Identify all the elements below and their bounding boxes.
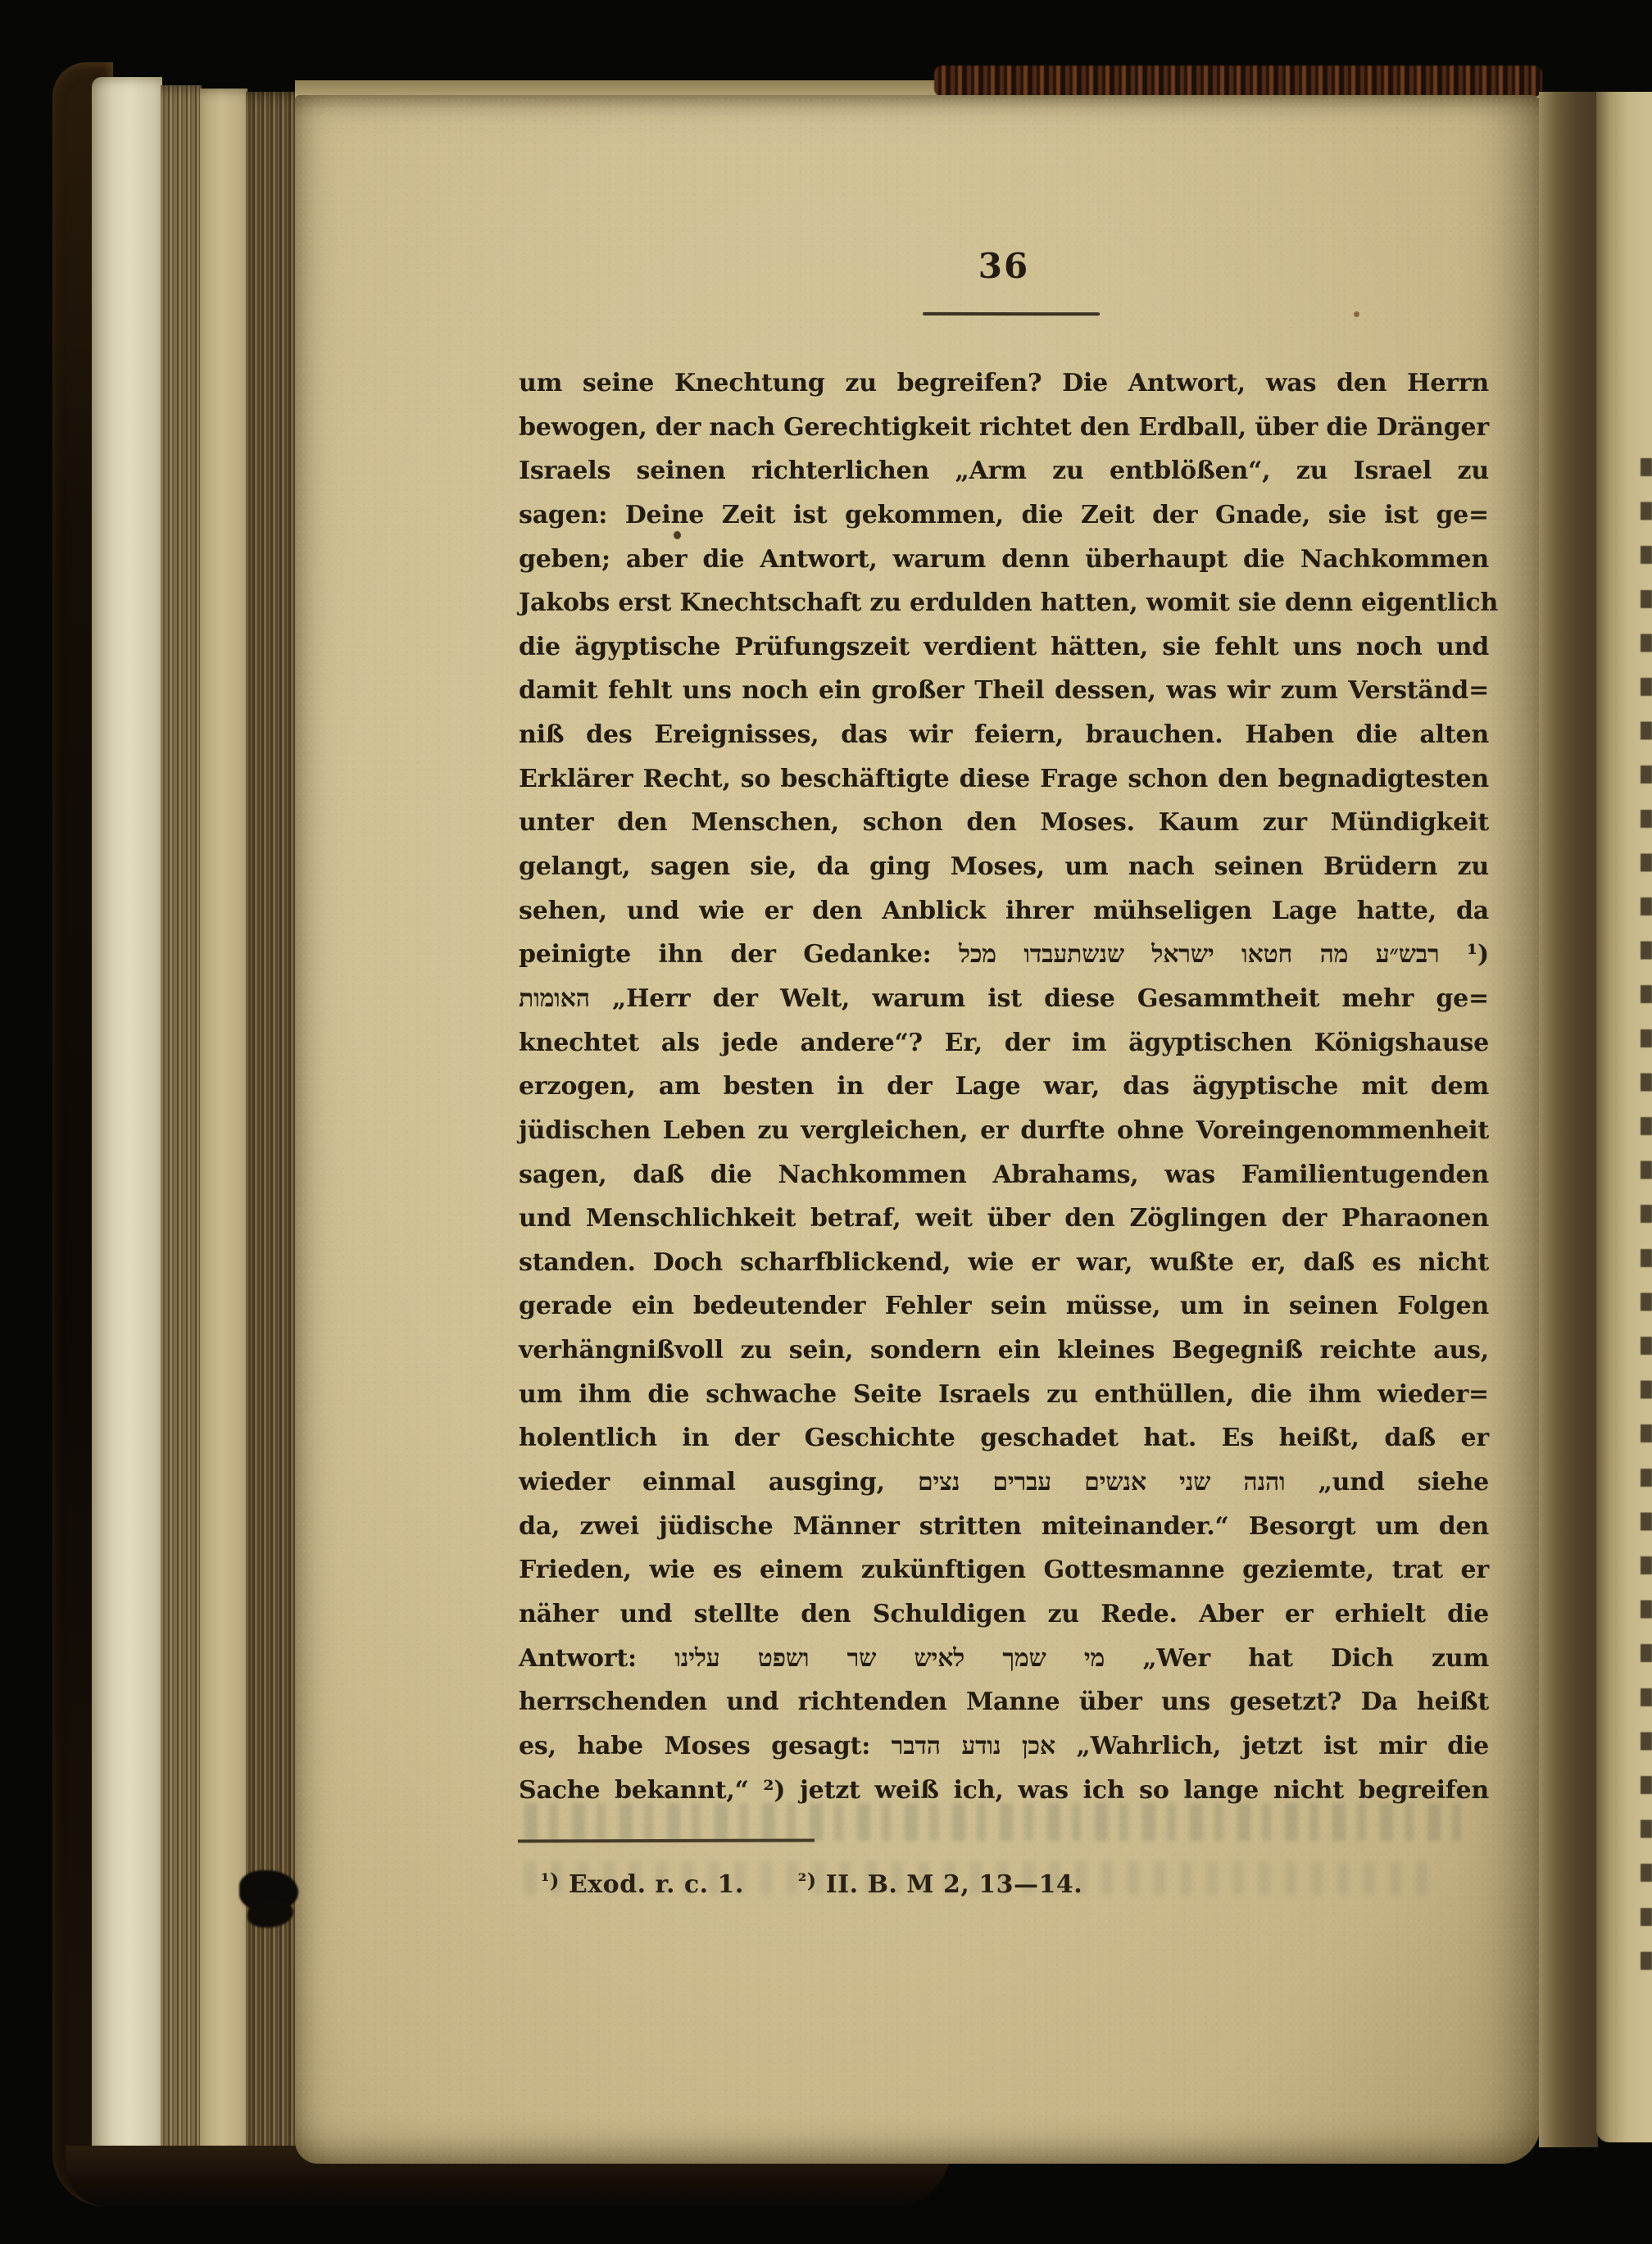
- text-line-with-hebrew: Antwort: מי שמך לאיש שר ושפט עלינו‎ „Wer…: [519, 1637, 1489, 1681]
- page-number: 36: [519, 246, 1489, 286]
- stacked-page-edges-left: [161, 85, 202, 2177]
- page-edge-tan-strip: [200, 89, 247, 2175]
- text-line: da, zwei jüdische Männer stritten mitein…: [519, 1505, 1489, 1549]
- text-line: verhängnißvoll zu sein, sondern ein klei…: [519, 1329, 1489, 1373]
- text-line: unter den Menschen, schon den Moses. Kau…: [519, 801, 1489, 845]
- paper-speck: [1354, 311, 1359, 317]
- footnote-marker: ²): [798, 1869, 817, 1892]
- text-line: holentlich in der Geschichte geschadet h…: [519, 1416, 1489, 1460]
- footnote-marker: ¹): [541, 1869, 560, 1892]
- text-line: Jakobs erst Knechtschaft zu erdulden hat…: [519, 581, 1489, 625]
- text-line: bewogen, der nach Gerechtigkeit richtet …: [519, 406, 1489, 450]
- stacked-page-edges-inner: [246, 92, 297, 2174]
- flyleaf-page-edge: [92, 77, 162, 2185]
- footnote-text: II. B. M 2, 13—14.: [826, 1870, 1083, 1899]
- facing-page-text-fragments: [1641, 444, 1652, 1985]
- text-line: sehen, und wie er den Anblick ihrer mühs…: [519, 889, 1489, 933]
- text-line-with-hebrew: es, habe Moses gesagt: אכן נודע הדבר‎ „W…: [519, 1724, 1489, 1769]
- text-line: näher und stellte den Schuldigen zu Rede…: [519, 1592, 1489, 1637]
- text-line: um seine Knechtung zu begreifen? Die Ant…: [519, 361, 1489, 406]
- footnote-text: Exod. r. c. 1.: [569, 1870, 744, 1899]
- text-line: jüdischen Leben zu vergleichen, er durft…: [519, 1109, 1489, 1153]
- footnote-line: ¹) Exod. r. c. 1. ²) II. B. M 2, 13—14.: [541, 1869, 1360, 1899]
- text-line: Israels seinen richterlichen „Arm zu ent…: [519, 449, 1489, 493]
- body-text-block: um seine Knechtung zu begreifen? Die Ant…: [519, 361, 1489, 1812]
- text-line: knechtet als jede andere“? Er, der im äg…: [519, 1021, 1489, 1065]
- book-photo: { "page": { "number": "36", "lines": [ "…: [0, 0, 1652, 2244]
- text-line: die ägyptische Prüfungszeit verdient hät…: [519, 625, 1489, 670]
- text-line: gelangt, sagen sie, da ging Moses, um na…: [519, 845, 1489, 889]
- gutter-shadow: [1539, 92, 1598, 2147]
- text-line: Erklärer Recht, so beschäftigte diese Fr…: [519, 757, 1489, 802]
- text-line: sagen: Deine Zeit ist gekommen, die Zeit…: [519, 493, 1489, 538]
- text-line-with-hebrew: wieder einmal ausging, והנה שני אנשים עב…: [519, 1460, 1489, 1505]
- text-line: um ihm die schwache Seite Israels zu ent…: [519, 1373, 1489, 1417]
- text-line-with-hebrew: האומות‎ „Herr der Welt, warum ist diese …: [519, 977, 1489, 1021]
- page-number-rule: [923, 312, 1100, 316]
- paper-speck: [674, 531, 681, 539]
- bleed-through-text-ghost: [524, 1803, 1467, 1841]
- text-line-with-hebrew: peinigte ihn der Gedanke: רבש״ע מה חטאו …: [519, 933, 1489, 977]
- facing-page-sliver: [1596, 92, 1652, 2142]
- text-line: gerade ein bedeutender Fehler sein müsse…: [519, 1284, 1489, 1329]
- text-line: niß des Ereignisses, das wir feiern, bra…: [519, 713, 1489, 757]
- text-line: und Menschlichkeit betraf, weit über den…: [519, 1197, 1489, 1241]
- text-line: geben; aber die Antwort, warum denn über…: [519, 538, 1489, 582]
- text-line: damit fehlt uns noch ein großer Theil de…: [519, 669, 1489, 713]
- sprinkled-top-edge: [934, 66, 1542, 97]
- text-line: Frieden, wie es einem zukünftigen Gottes…: [519, 1548, 1489, 1592]
- text-line: erzogen, am besten in der Lage war, das …: [519, 1065, 1489, 1109]
- text-line: herrschenden und richtenden Manne über u…: [519, 1680, 1489, 1724]
- text-line: sagen, daß die Nachkommen Abrahams, was …: [519, 1153, 1489, 1197]
- text-line: standen. Doch scharfblickend, wie er war…: [519, 1241, 1489, 1285]
